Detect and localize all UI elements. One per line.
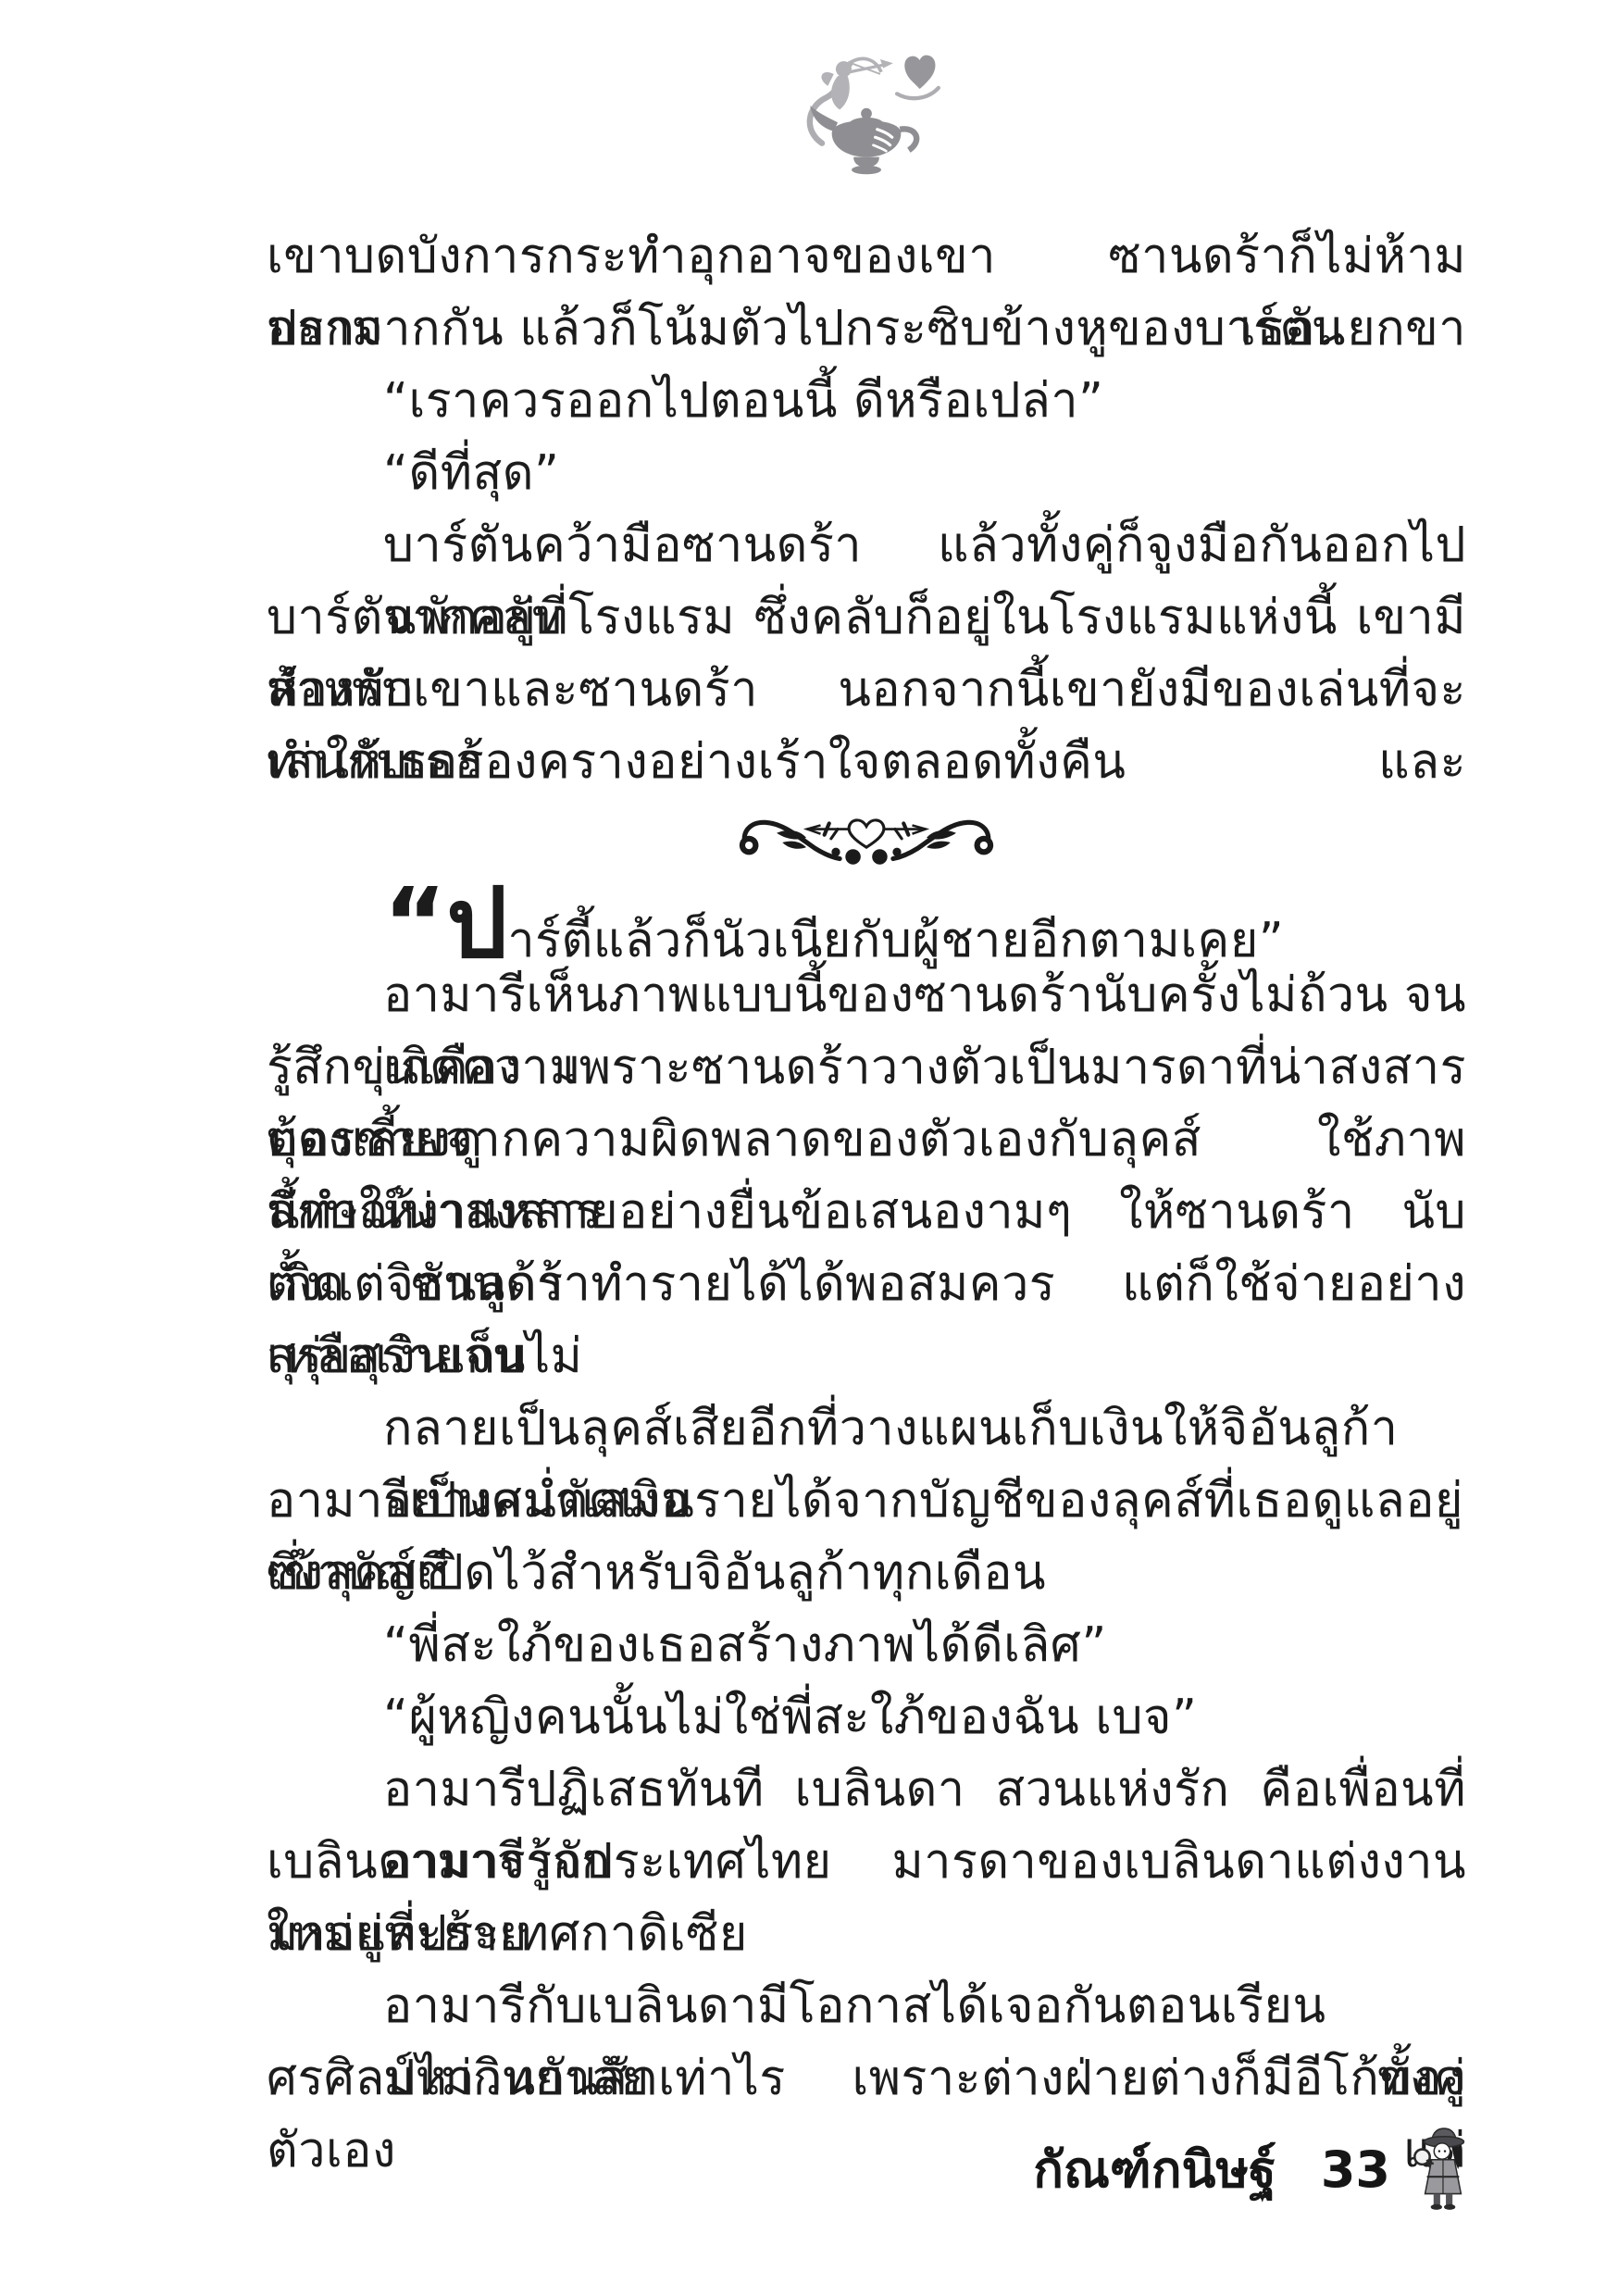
paragraph-line: เขาบดบังการกระทำอุกอาจของเขา ซานดร้าก็ไม… <box>267 220 1466 293</box>
paragraph-line: ออกจากกัน แล้วก็โน้มตัวไปกระซิบข้างหูของ… <box>267 293 1466 365</box>
paragraph-line: เหลือเงินเก็บ <box>267 1320 1466 1392</box>
paragraph-line: บุตรชายจากความผิดพลาดของตัวเองกับลุคส์ ใ… <box>267 1104 1466 1176</box>
paragraph-line: มาอยู่ที่ประเทศกาดิเซีย <box>267 1898 1466 1970</box>
heart-shape <box>904 56 935 89</box>
paragraph-line: อามารีเห็นภาพแบบนี้ของซานดร้านับครั้งไม่… <box>267 959 1466 1031</box>
paragraph-line: สำหรับเขาและซานดร้า นอกจากนี้เขายังมีของ… <box>267 654 1466 726</box>
paragraph-line: อามารีปฏิเสธทันที เบลินดา สวนแห่งรัก คือ… <box>267 1753 1466 1826</box>
paragraph-line: “ดีที่สุด” <box>267 437 1466 509</box>
paragraph-line: ศรศิลป์ไม่กินกันสักเท่าไร เพราะต่างฝ่ายต… <box>267 2042 1466 2115</box>
heart-arrow-divider-icon <box>732 812 1001 873</box>
paragraph-line: อามารีกับเบลินดามีโอกาสได้เจอกันตอนเรียน… <box>267 1970 1466 2042</box>
paragraph-line: เกิด ซานดร้าทำรายได้ได้พอสมควร แต่ก็ใช้จ… <box>267 1248 1466 1320</box>
detective-icon <box>1411 2126 1477 2213</box>
paragraph-line-dropcap: “ปาร์ตี้แล้วก็นัวเนียกับผู้ชายอีกตามเคย” <box>267 887 1466 959</box>
paragraph-line: “เราควรออกไปตอนนี้ ดีหรือเปล่า” <box>267 365 1466 437</box>
author-name: กัณฑ์กนิษฐ์ <box>1033 2129 1276 2209</box>
paragraph-line: ซึ่งลุคส์เปิดไว้สำหรับจิอันลูก้าทุกเดือน <box>267 1537 1466 1609</box>
paragraph-line: เบลินดามาจากประเทศไทย มารดาของเบลินดาแต่… <box>267 1826 1466 1898</box>
cupid-figure <box>821 58 892 109</box>
book-page: เขาบดบังการกระทำอุกอาจของเขา ซานดร้าก็ไม… <box>0 0 1618 2296</box>
paragraph-line: กลายเป็นลุคส์เสียอีกที่วางแผนเก็บเงินให้… <box>267 1392 1466 1465</box>
paragraph-line: บาร์ตันคว้ามือซานดร้า แล้วทั้งคู่ก็จูงมื… <box>267 509 1466 581</box>
paragraph-line: อามารีเป็นคนตัดเงินรายได้จากบัญชีของลุคส… <box>267 1465 1466 1537</box>
body-text: เขาบดบังการกระทำอุกอาจของเขา ซานดร้าก็ไม… <box>267 220 1466 2115</box>
paragraph-line: นี้ทำให้งานหลายอย่างยื่นข้อเสนองามๆ ให้ซ… <box>267 1176 1466 1248</box>
paragraph-line: บาร์ตันพักอยู่ที่โรงแรม ซึ่งคลับก็อยู่ใน… <box>267 581 1466 654</box>
paragraph-line: “พี่สะใภ้ของเธอสร้างภาพได้ดีเลิศ” <box>267 1609 1466 1681</box>
paragraph-line: “ผู้หญิงคนนั้นไม่ใช่พี่สะใภ้ของฉัน เบจ” <box>267 1681 1466 1753</box>
cupid-lamp-ornament <box>778 44 954 193</box>
paragraph-line: รู้สึกขุ่นเคือง เพราะซานดร้าวางตัวเป็นมา… <box>267 1031 1466 1104</box>
page-number: 33 <box>1321 2140 1390 2199</box>
page-footer: กัณฑ์กนิษฐ์ 33 <box>1033 2126 1477 2213</box>
genie-lamp <box>810 106 916 174</box>
